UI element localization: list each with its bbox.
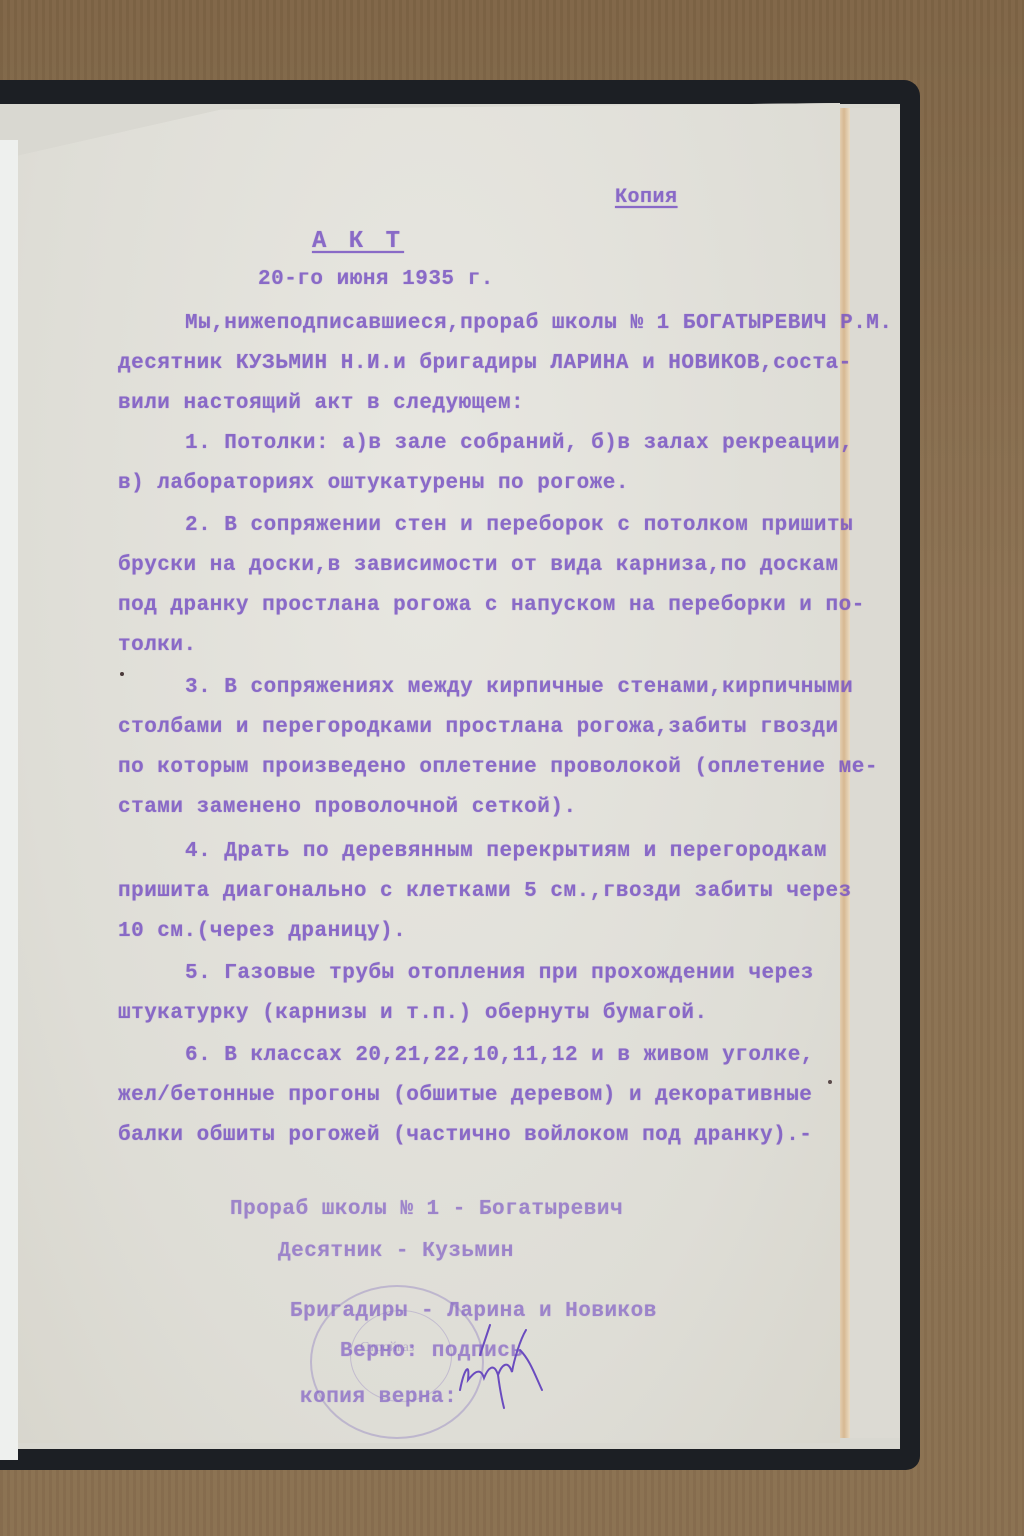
signature-line: копия верна: xyxy=(300,1386,457,1409)
item-line: 2. В сопряжении стен и переборок с потол… xyxy=(185,514,853,537)
handwritten-signature-icon xyxy=(450,1320,570,1410)
left-page-sliver xyxy=(0,140,18,1460)
intro-line: десятник КУЗЬМИН Н.И.и бригадиры ЛАРИНА … xyxy=(118,352,852,375)
ink-dot xyxy=(828,1080,832,1084)
signature-line: Прораб школы № 1 - Богатыревич xyxy=(230,1198,623,1221)
document-title: А К Т xyxy=(312,228,404,255)
signature-line: Десятник - Кузьмин xyxy=(278,1240,514,1263)
item-line: жел/бетонные прогоны (обшитые деревом) и… xyxy=(118,1084,812,1107)
item-line: бруски на доски,в зависимости от вида ка… xyxy=(118,554,839,577)
item-line: 5. Газовые трубы отопления при прохожден… xyxy=(185,962,814,985)
item-line: 3. В сопряжениях между кирпичные стенами… xyxy=(185,676,853,699)
item-line: столбами и перегородками простлана рогож… xyxy=(118,716,839,739)
intro-line: Мы,нижеподписавшиеся,прораб школы № 1 БО… xyxy=(185,312,893,335)
document-date: 20-го июня 1935 г. xyxy=(258,268,494,291)
item-line: по которым произведено оплетение проволо… xyxy=(118,756,878,779)
item-line: 10 см.(через драницу). xyxy=(118,920,406,943)
item-line: под дранку простлана рогожа с напуском н… xyxy=(118,594,865,617)
item-line: стами заменено проволочной сеткой). xyxy=(118,796,577,819)
item-line: 1. Потолки: а)в зале собраний, б)в залах… xyxy=(185,432,853,455)
item-line: штукатурку (карнизы и т.п.) обернуты бум… xyxy=(118,1002,708,1025)
ink-dot xyxy=(120,672,124,676)
item-line: 4. Драть по деревянным перекрытиям и пер… xyxy=(185,840,827,863)
item-line: толки. xyxy=(118,634,197,657)
item-line: 6. В классах 20,21,22,10,11,12 и в живом… xyxy=(185,1044,814,1067)
item-line: пришита диагонально с клетками 5 см.,гво… xyxy=(118,880,852,903)
item-line: в) лабораториях оштукатурены по рогоже. xyxy=(118,472,629,495)
copy-label: Копия xyxy=(615,186,678,209)
intro-line: вили настоящий акт в следующем: xyxy=(118,392,524,415)
item-line: балки обшиты рогожей (частично войлоком … xyxy=(118,1124,812,1147)
